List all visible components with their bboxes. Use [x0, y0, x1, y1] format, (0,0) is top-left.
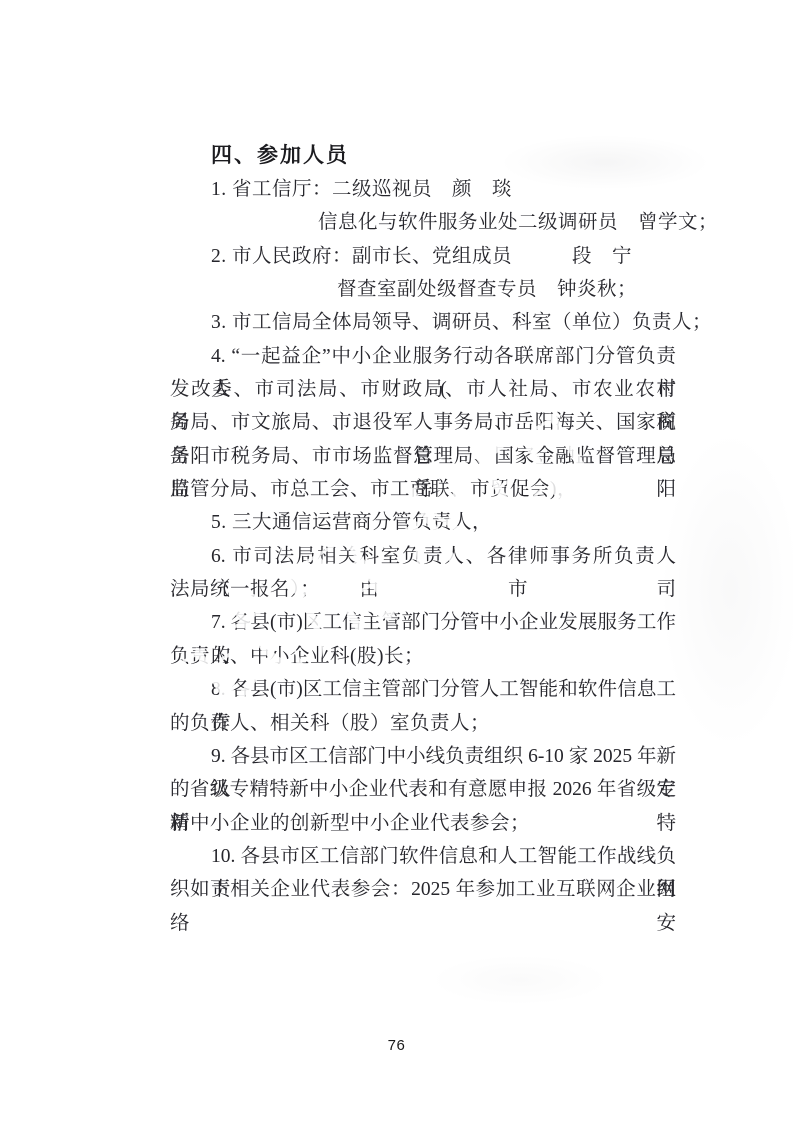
page-number: 76 — [0, 1037, 793, 1054]
text-line: 9. 各县市区工信部门中小线负责组织 6-10 家 2025 年新认定 — [170, 740, 676, 773]
document-body: 四、参加人员 1. 省工信厅：二级巡视员 颜 琰 信息化与软件服务业处二级调研员… — [170, 137, 676, 907]
scan-smudge — [430, 955, 610, 1005]
scan-smudge — [660, 430, 793, 750]
text-line: 发改委、市司法局、市财政局、市人社局、市农业农村局、市商 — [170, 373, 676, 406]
text-line: 5. 三大通信运营商分管负责人， — [170, 506, 676, 539]
text-line: 4. “一起益企”中小企业服务行动各联席部门分管负责人(市 — [170, 340, 676, 373]
text-line: 10. 各县市区工信部门软件信息和人工智能工作战线负责组 — [170, 840, 676, 873]
text-line: 务局、市文旅局、市退役军人事务局、岳阳海关、国家税务总局 — [170, 406, 676, 439]
text-line: 的负责人、相关科（股）室负责人； — [170, 707, 676, 740]
text-line: 信息化与软件服务业处二级调研员 曾学文； — [170, 206, 676, 239]
text-line: 负责人、中小企业科(股)长； — [170, 640, 676, 673]
text-line: 织如下相关企业代表参会：2025 年参加工业互联网企业网络安 — [170, 873, 676, 906]
text-line: 督查室副处级督查专员 钟炎秋； — [170, 273, 676, 306]
text-line: 8. 各县(市)区工信主管部门分管人工智能和软件信息工作 — [170, 673, 676, 706]
text-line: 6. 市司法局相关科室负责人、各律师事务所负责人（由市司 — [170, 540, 676, 573]
document-page: 四、参加人员 1. 省工信厅：二级巡视员 颜 琰 信息化与软件服务业处二级调研员… — [0, 0, 793, 1122]
section-heading: 四、参加人员 — [170, 137, 676, 173]
text-line: 7. 各县(市)区工信主管部门分管中小企业发展服务工作的 — [170, 606, 676, 639]
text-line: 的省级专精特新中小企业代表和有意愿申报 2026 年省级专精特 — [170, 773, 676, 806]
text-line: 3. 市工信局全体局领导、调研员、科室（单位）负责人； — [170, 306, 676, 339]
text-line: 1. 省工信厅：二级巡视员 颜 琰 — [170, 173, 676, 206]
text-line: 岳阳市税务局、市市场监督管理局、国家金融监督管理总局岳阳 — [170, 440, 676, 473]
text-line: 2. 市人民政府：副市长、党组成员 段 宁 — [170, 240, 676, 273]
